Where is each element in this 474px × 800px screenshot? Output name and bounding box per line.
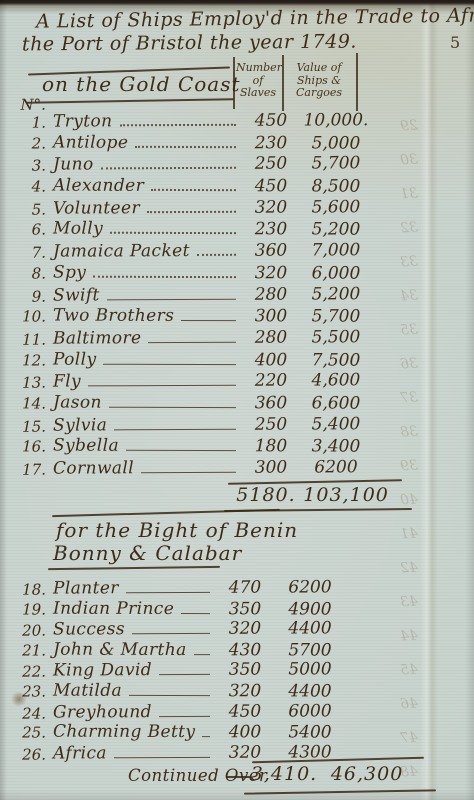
total-value: 46,300 (325, 763, 409, 785)
bleedthrough-number: 41 (392, 525, 427, 543)
cargo-value: 5,200 (298, 220, 374, 240)
row-number: 20. (2, 621, 46, 639)
slaves-count: 220 (244, 370, 298, 390)
row-number: 17. (2, 460, 46, 478)
row-number: N°. 1. (2, 95, 46, 131)
leader-line (93, 267, 236, 277)
leader-line (147, 202, 236, 212)
ship-name: Planter (53, 578, 119, 598)
ship-name: Cornwall (53, 458, 134, 478)
bleedthrough-number: 38 (392, 423, 427, 441)
slaves-count: 230 (244, 133, 298, 153)
bight-of-benin-rows: 18. Planter 470 6200 19. Indian Prince 3… (2, 577, 374, 762)
table-row: 3. Juno 250 5,700 (2, 152, 374, 175)
ship-name: Tryton (53, 111, 113, 131)
slaves-count: 320 (244, 197, 298, 217)
row-number: 14. (2, 394, 46, 412)
leader-line (126, 442, 236, 451)
table-row: 21. John & Martha 430 5700 (2, 638, 348, 660)
table-row: 6. Molly 230 5,200 (2, 217, 374, 240)
column-divider (233, 57, 235, 109)
row-number: 10. (2, 307, 46, 325)
table-row: 8. Spy 320 6,000 (2, 260, 374, 283)
cargo-value: 6000 (272, 700, 348, 720)
column-header-text: Value of (284, 62, 354, 75)
bleedthrough-number: 40 (392, 491, 427, 509)
table-row: 19. Indian Prince 350 4900 (2, 597, 348, 619)
table-row: 20. Success 320 4400 (2, 617, 348, 639)
ship-name: John & Martha (53, 639, 187, 659)
bleedthrough-number: 43 (392, 593, 427, 611)
leader-line (135, 137, 236, 147)
table-row: 2. Antilope 230 5,000 (2, 130, 374, 153)
table-row: 25. Charming Betty 400 5400 (2, 721, 348, 743)
bleedthrough-number: 30 (392, 151, 427, 169)
cargo-value: 5,400 (298, 414, 374, 434)
slaves-count: 360 (244, 393, 298, 413)
row-number: 24. (2, 704, 46, 722)
row-number: 4. (2, 177, 46, 195)
table-row: 14. Jason 360 6,600 (2, 390, 374, 413)
column-header-text: Number (236, 62, 280, 75)
ship-name: Sylvia (53, 415, 107, 435)
leader-line (151, 181, 236, 191)
rule-line (226, 776, 250, 778)
bleedthrough-number: 45 (392, 661, 427, 679)
slaves-count: 250 (244, 154, 298, 174)
row-number: 21. (2, 641, 46, 659)
row-number: 12. (2, 351, 46, 369)
section1-heading: on the Gold Coast (42, 72, 241, 96)
ship-name: Spy (53, 262, 86, 282)
slaves-count: 320 (218, 618, 272, 638)
bleedthrough-number: 36 (392, 355, 427, 373)
leader-line (103, 355, 236, 364)
rule-line (26, 98, 234, 103)
table-row: 13. Fly 220 4,600 (2, 368, 374, 391)
slaves-count: 320 (244, 263, 298, 283)
section2-heading-line1: for the Bight of Benin (56, 518, 298, 542)
leader-line (119, 115, 236, 126)
row-number: 8. (2, 264, 46, 282)
ship-name: Greyhound (53, 701, 152, 721)
document-title-line1: A List of Ships Employ'd in the Trade to… (36, 3, 474, 32)
slaves-count: 430 (218, 640, 272, 660)
table-row: N°. 1. Tryton 450 10,000. (2, 108, 374, 131)
ship-name: Juno (53, 154, 94, 174)
leader-line (197, 246, 236, 256)
cargo-value: 5,500 (298, 327, 374, 347)
table-row: 24. Greyhound 450 6000 (2, 700, 348, 722)
slaves-count: 450 (244, 176, 298, 196)
cargo-value: 6200 (298, 457, 374, 477)
slaves-count: 280 (244, 284, 298, 304)
total-slaves: 3,410. (248, 763, 320, 785)
leader-line (109, 398, 236, 407)
slaves-count: 320 (218, 742, 272, 762)
rule-line (244, 789, 436, 794)
ship-name: Success (53, 619, 125, 639)
row-number: 6. (2, 220, 46, 238)
rule-line (52, 509, 280, 517)
cargo-value: 5,000 (298, 133, 374, 153)
document-title-line2: the Port of Bristol the year 1749. (22, 31, 357, 56)
ship-name: Baltimore (53, 328, 142, 348)
leader-line (107, 290, 236, 300)
row-number: 2. (2, 134, 46, 152)
bleedthrough-number: 47 (392, 729, 427, 747)
cargo-value: 5,200 (298, 283, 374, 303)
leader-line (114, 748, 210, 757)
rule-line (48, 566, 220, 570)
ship-name: Sybella (53, 436, 119, 456)
bleedthrough-number: 32 (392, 219, 427, 237)
bleedthrough-number: 35 (392, 321, 427, 339)
slaves-count: 280 (244, 327, 298, 347)
bleedthrough-number: 46 (392, 695, 427, 713)
ship-name: Charming Betty (53, 721, 196, 741)
ship-name: Jason (53, 392, 102, 412)
leader-line (159, 666, 210, 675)
slaves-count: 300 (244, 306, 298, 326)
row-number: 9. (2, 287, 46, 305)
leader-line (129, 686, 210, 695)
total-slaves: 5180. (234, 484, 298, 506)
slaves-count: 450 (244, 110, 298, 130)
slaves-count: 360 (244, 240, 298, 260)
section2-total: 3,410. 46,300 (248, 763, 409, 785)
bleedthrough-number: 37 (392, 389, 427, 407)
leader-line (110, 224, 236, 234)
table-row: 23. Matilda 320 4400 (2, 679, 348, 701)
leader-line (148, 333, 236, 342)
slaves-count: 180 (244, 436, 298, 456)
table-row: 16. Sybella 180 3,400 (2, 434, 374, 457)
cargo-value: 5,700 (298, 306, 374, 326)
column-divider (356, 53, 358, 111)
cargo-value: 3,400 (298, 436, 374, 456)
ship-name: King David (53, 660, 152, 680)
cargo-value: 4400 (272, 618, 348, 638)
ship-name: Indian Prince (53, 598, 174, 618)
slaves-count: 400 (244, 349, 298, 369)
ship-name: Swift (53, 285, 100, 305)
column-header-slaves: Number of Slaves (236, 62, 280, 100)
ship-name: Polly (53, 349, 97, 369)
ship-name: Antilope (53, 132, 128, 152)
row-number: 18. (2, 580, 46, 598)
cargo-value: 5700 (272, 640, 348, 660)
ship-name: Volunteer (53, 198, 140, 218)
slaves-count: 450 (218, 701, 272, 721)
cargo-value: 7,500 (298, 350, 374, 370)
table-row: 9. Swift 280 5,200 (2, 282, 374, 305)
table-row: 15. Sylvia 250 5,400 (2, 412, 374, 435)
bleedthrough-number: 42 (392, 559, 427, 577)
slaves-count: 350 (218, 598, 272, 618)
slaves-count: 470 (218, 577, 272, 597)
cargo-value: 5,700 (298, 153, 374, 173)
page-number: 5 (450, 33, 460, 52)
section2-heading-line2: Bonny & Calabar (53, 541, 242, 565)
table-row: 5. Volunteer 320 5,600 (2, 195, 374, 218)
slaves-count: 230 (244, 219, 298, 239)
slaves-count: 400 (218, 722, 272, 742)
leader-line (132, 625, 210, 634)
leader-line (126, 583, 210, 592)
leader-line (181, 312, 236, 321)
ship-name: Jamaica Packet (53, 241, 190, 262)
bleedthrough-number: 39 (392, 457, 427, 475)
bleedthrough-number: 44 (392, 627, 427, 645)
row-number: 7. (2, 243, 46, 261)
leader-line (88, 377, 236, 387)
cargo-value: 6,600 (298, 393, 374, 413)
section1-total: 5180. 103,100 (234, 484, 389, 506)
leader-line (101, 159, 236, 170)
bleedthrough-number: 31 (392, 185, 427, 203)
ship-name: Alexander (53, 175, 144, 195)
leader-line (114, 420, 236, 430)
cargo-value: 7,000 (298, 240, 374, 260)
gold-coast-rows: N°. 1. Tryton 450 10,000. 2. Antilope 23… (2, 109, 374, 478)
leader-line (141, 463, 236, 472)
cargo-value: 6200 (272, 577, 348, 597)
table-row: 17. Cornwall 300 6200 (2, 455, 374, 478)
cargo-value: 10,000. (298, 110, 374, 130)
leader-line (202, 728, 210, 737)
slaves-count: 250 (244, 414, 298, 434)
column-header-text: Cargoes (284, 87, 354, 100)
table-row: 7. Jamaica Packet 360 7,000 (2, 238, 374, 261)
cargo-value: 5,600 (298, 197, 374, 217)
row-number: 11. (2, 330, 46, 348)
bleedthrough-number: 34 (392, 287, 427, 305)
cargo-value: 8,500 (298, 176, 374, 196)
column-header-text: Slaves (236, 87, 280, 100)
row-number: 25. (2, 723, 46, 741)
ship-name: Two Brothers (53, 305, 174, 325)
bleedthrough-number: 33 (392, 253, 427, 271)
ship-name: Matilda (53, 680, 122, 700)
row-number: 19. (2, 600, 46, 618)
cargo-value: 6,000 (298, 263, 374, 283)
cargo-value: 5400 (272, 722, 348, 742)
row-number: 3. (2, 157, 46, 175)
cargo-value: 4,600 (298, 370, 374, 390)
cargo-value: 5000 (272, 659, 348, 679)
row-number: 13. (2, 374, 46, 392)
ship-name: Africa (53, 743, 107, 763)
leader-line (159, 707, 210, 716)
leader-line (194, 645, 210, 654)
row-number: 16. (2, 437, 46, 455)
slaves-count: 300 (244, 457, 298, 477)
table-row: 12. Polly 400 7,500 (2, 347, 374, 370)
leader-line (181, 604, 210, 613)
row-number: 26. (2, 745, 46, 763)
table-row: 22. King David 350 5000 (2, 659, 348, 681)
manuscript-page: 29 30 31 32 33 34 35 36 37 38 39 40 41 4… (0, 0, 474, 800)
cargo-value: 4900 (272, 599, 348, 619)
table-row: 10. Two Brothers 300 5,700 (2, 304, 374, 327)
slaves-count: 350 (218, 660, 272, 680)
cargo-value: 4400 (272, 681, 348, 701)
bleedthrough-number: 29 (392, 117, 427, 135)
ship-name: Molly (53, 219, 103, 239)
table-row: 4. Alexander 450 8,500 (2, 173, 374, 196)
row-number: 23. (2, 682, 46, 700)
table-row: 11. Baltimore 280 5,500 (2, 325, 374, 348)
slaves-count: 320 (218, 681, 272, 701)
column-header-value: Value of Ships & Cargoes (284, 62, 354, 100)
total-value: 103,100 (303, 484, 389, 506)
ship-name: Fly (53, 371, 81, 391)
table-row: 18. Planter 470 6200 (2, 576, 348, 598)
row-number: 22. (2, 663, 46, 681)
